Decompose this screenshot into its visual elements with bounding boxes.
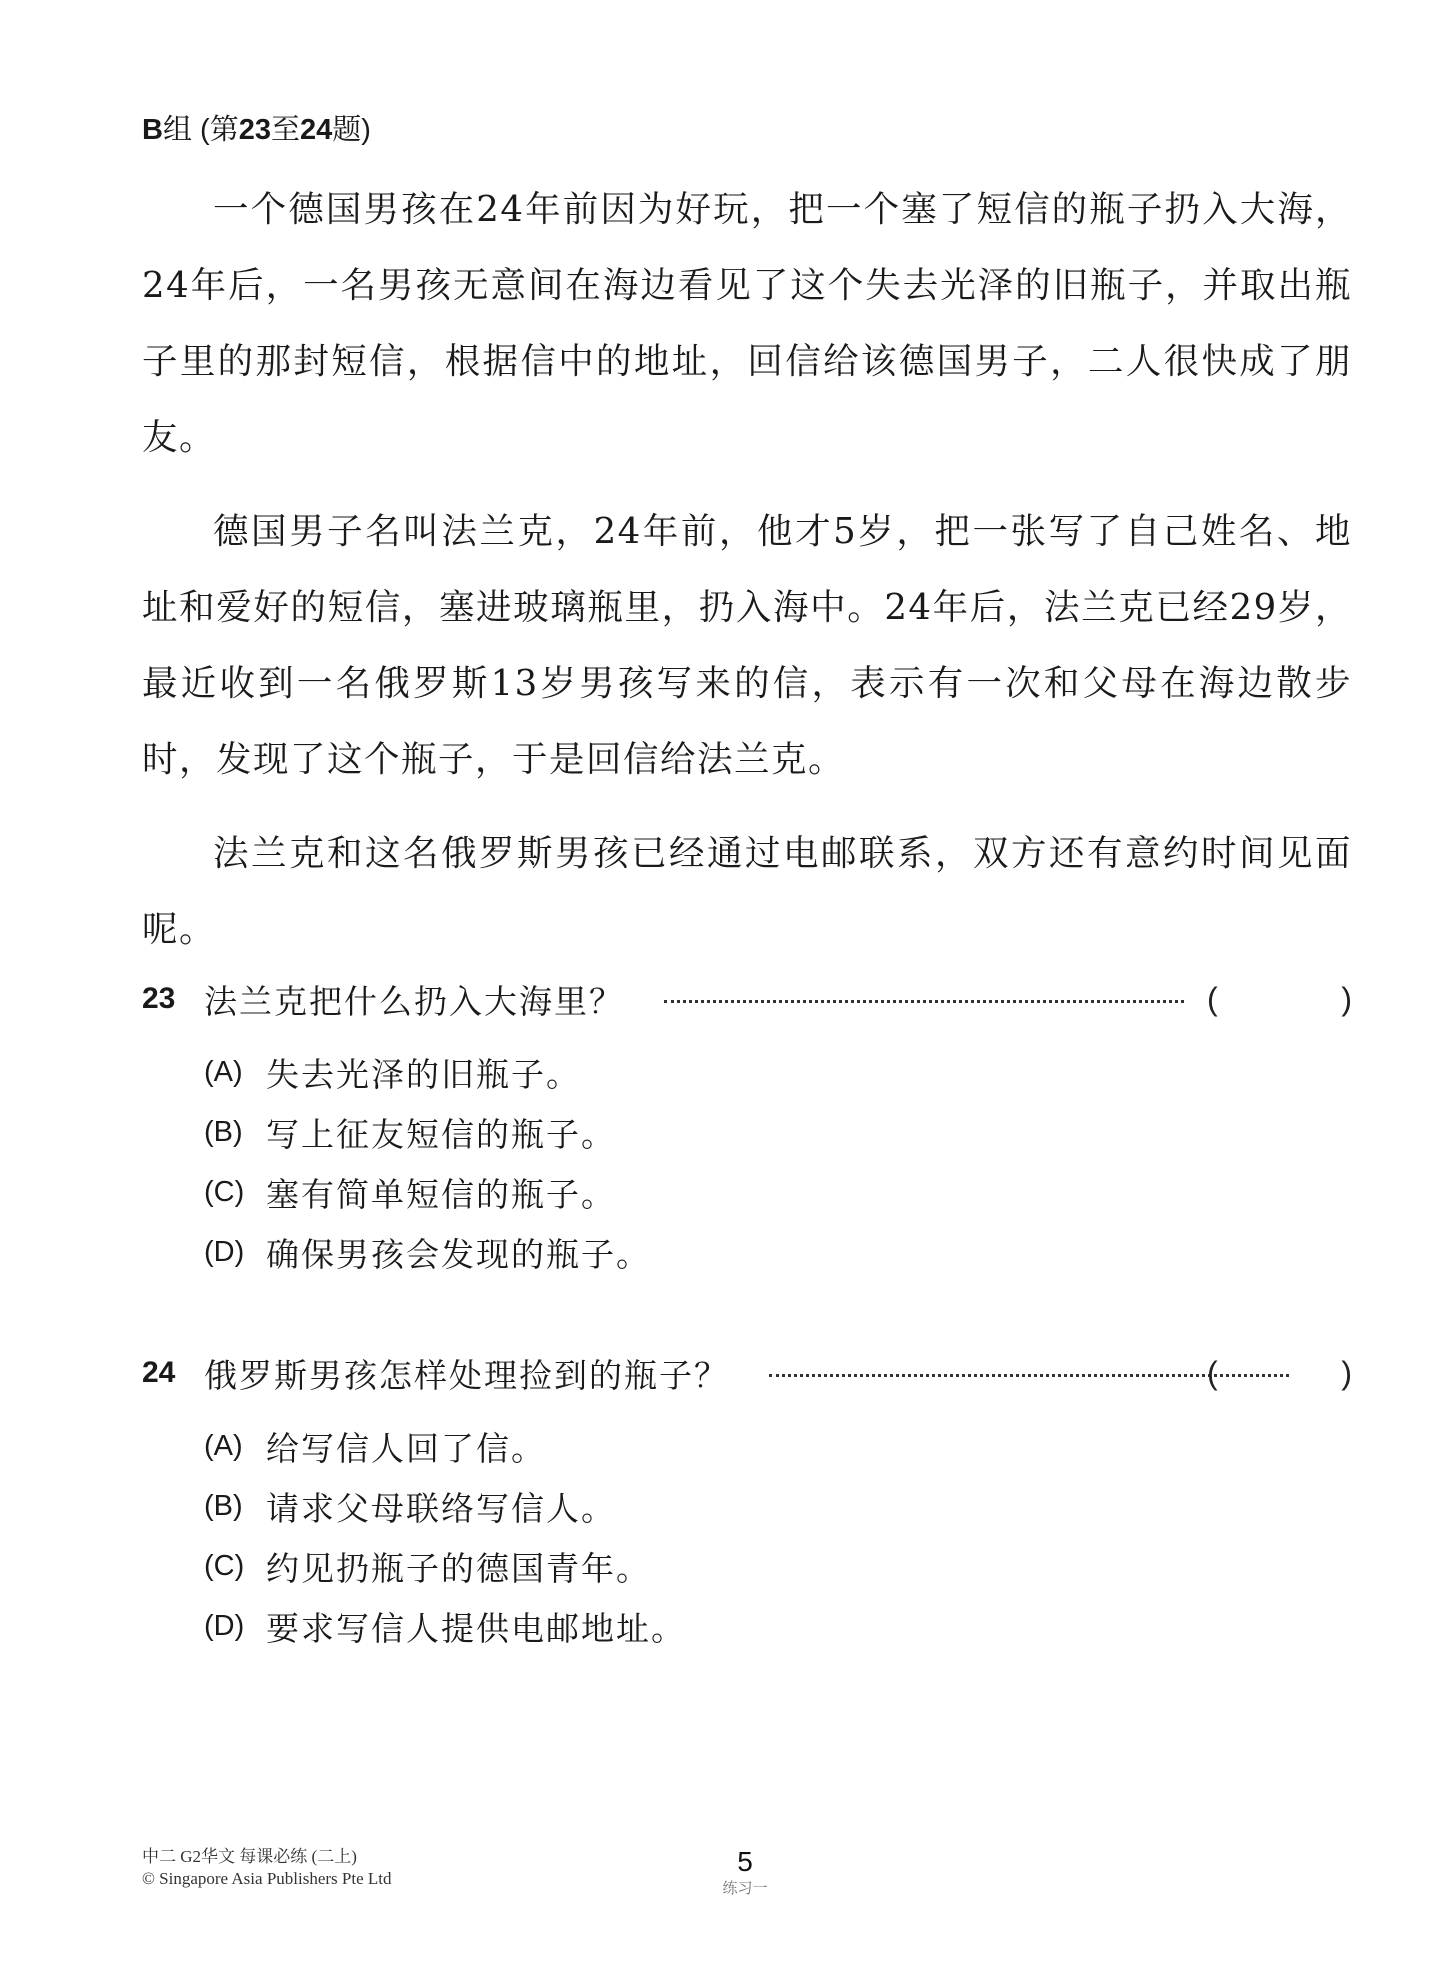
option-b[interactable]: (B) 写上征友短信的瓶子。 (204, 1102, 1352, 1162)
bracket-open: ( (1207, 981, 1218, 1018)
answer-blank[interactable]: ( ) (1207, 976, 1352, 1022)
question-text: 法兰克把什么扔入大海里？ (204, 976, 624, 1023)
answer-blank[interactable]: ( ) (1207, 1350, 1352, 1396)
option-letter: (A) (204, 1056, 266, 1089)
question-23: 23 法兰克把什么扔入大海里？ ( ) (A) 失去光泽的旧瓶子。 (B) 写上… (142, 976, 1352, 1282)
option-d[interactable]: (D) 要求写信人提供电邮地址。 (204, 1596, 1352, 1656)
page-number: 5 (700, 1846, 790, 1878)
range-close: 题) (332, 114, 371, 146)
bracket-close: ) (1341, 1355, 1352, 1392)
passage-paragraph-1: 一个德国男孩在24年前因为好玩，把一个塞了短信的瓶子扔入大海，24年后，一名男孩… (142, 172, 1352, 476)
option-d[interactable]: (D) 确保男孩会发现的瓶子。 (204, 1222, 1352, 1282)
question-text: 俄罗斯男孩怎样处理捡到的瓶子？ (204, 1350, 729, 1397)
option-letter: (A) (204, 1430, 266, 1463)
option-c[interactable]: (C) 塞有简单短信的瓶子。 (204, 1162, 1352, 1222)
option-text: 请求父母联络写信人。 (266, 1483, 616, 1530)
option-text: 要求写信人提供电邮地址。 (266, 1603, 686, 1650)
passage-paragraph-3: 法兰克和这名俄罗斯男孩已经通过电邮联系，双方还有意约时间见面呢。 (142, 816, 1352, 968)
option-c[interactable]: (C) 约见扔瓶子的德国青年。 (204, 1536, 1352, 1596)
worksheet-page: B组 (第23至24题) 一个德国男孩在24年前因为好玩，把一个塞了短信的瓶子扔… (0, 0, 1445, 1976)
option-letter: (C) (204, 1550, 266, 1583)
options-list: (A) 给写信人回了信。 (B) 请求父母联络写信人。 (C) 约见扔瓶子的德国… (142, 1416, 1352, 1656)
question-stem: 24 俄罗斯男孩怎样处理捡到的瓶子？ ( ) (142, 1350, 1352, 1396)
range-start: 23 (239, 114, 271, 146)
option-letter: (D) (204, 1236, 266, 1269)
bracket-close: ) (1341, 981, 1352, 1018)
option-text: 约见扔瓶子的德国青年。 (266, 1543, 651, 1590)
passage-paragraph-2: 德国男子名叫法兰克，24年前，他才5岁，把一张写了自己姓名、地址和爱好的短信，塞… (142, 494, 1352, 798)
group-letter: B (142, 114, 163, 146)
footer-page-info: 5 练习一 (700, 1846, 790, 1898)
option-a[interactable]: (A) 失去光泽的旧瓶子。 (204, 1042, 1352, 1102)
exercise-label: 练习一 (700, 1878, 790, 1898)
range-to: 至 (271, 114, 300, 146)
dotted-leader (664, 1000, 1184, 1003)
option-a[interactable]: (A) 给写信人回了信。 (204, 1416, 1352, 1476)
option-text: 失去光泽的旧瓶子。 (266, 1049, 581, 1096)
option-letter: (B) (204, 1116, 266, 1149)
option-letter: (C) (204, 1176, 266, 1209)
section-header: B组 (第23至24题) (142, 112, 371, 148)
question-24: 24 俄罗斯男孩怎样处理捡到的瓶子？ ( ) (A) 给写信人回了信。 (B) … (142, 1350, 1352, 1656)
group-suffix: 组 (163, 114, 192, 146)
question-stem: 23 法兰克把什么扔入大海里？ ( ) (142, 976, 1352, 1022)
copyright-notice: © Singapore Asia Publishers Pte Ltd (142, 1868, 392, 1890)
range-end: 24 (300, 114, 332, 146)
options-list: (A) 失去光泽的旧瓶子。 (B) 写上征友短信的瓶子。 (C) 塞有简单短信的… (142, 1042, 1352, 1282)
option-text: 塞有简单短信的瓶子。 (266, 1169, 616, 1216)
bracket-open: ( (1207, 1355, 1218, 1392)
book-title: 中二 G2华文 每课必练 (二上) (142, 1846, 392, 1868)
option-text: 给写信人回了信。 (266, 1423, 546, 1470)
question-number: 24 (142, 1356, 204, 1390)
reading-passage: 一个德国男孩在24年前因为好玩，把一个塞了短信的瓶子扔入大海，24年后，一名男孩… (142, 172, 1352, 968)
option-text: 确保男孩会发现的瓶子。 (266, 1229, 651, 1276)
footer-publication-info: 中二 G2华文 每课必练 (二上) © Singapore Asia Publi… (142, 1846, 392, 1890)
option-text: 写上征友短信的瓶子。 (266, 1109, 616, 1156)
option-letter: (B) (204, 1490, 266, 1523)
option-b[interactable]: (B) 请求父母联络写信人。 (204, 1476, 1352, 1536)
range-open: (第 (200, 114, 239, 146)
option-letter: (D) (204, 1610, 266, 1643)
question-number: 23 (142, 982, 204, 1016)
